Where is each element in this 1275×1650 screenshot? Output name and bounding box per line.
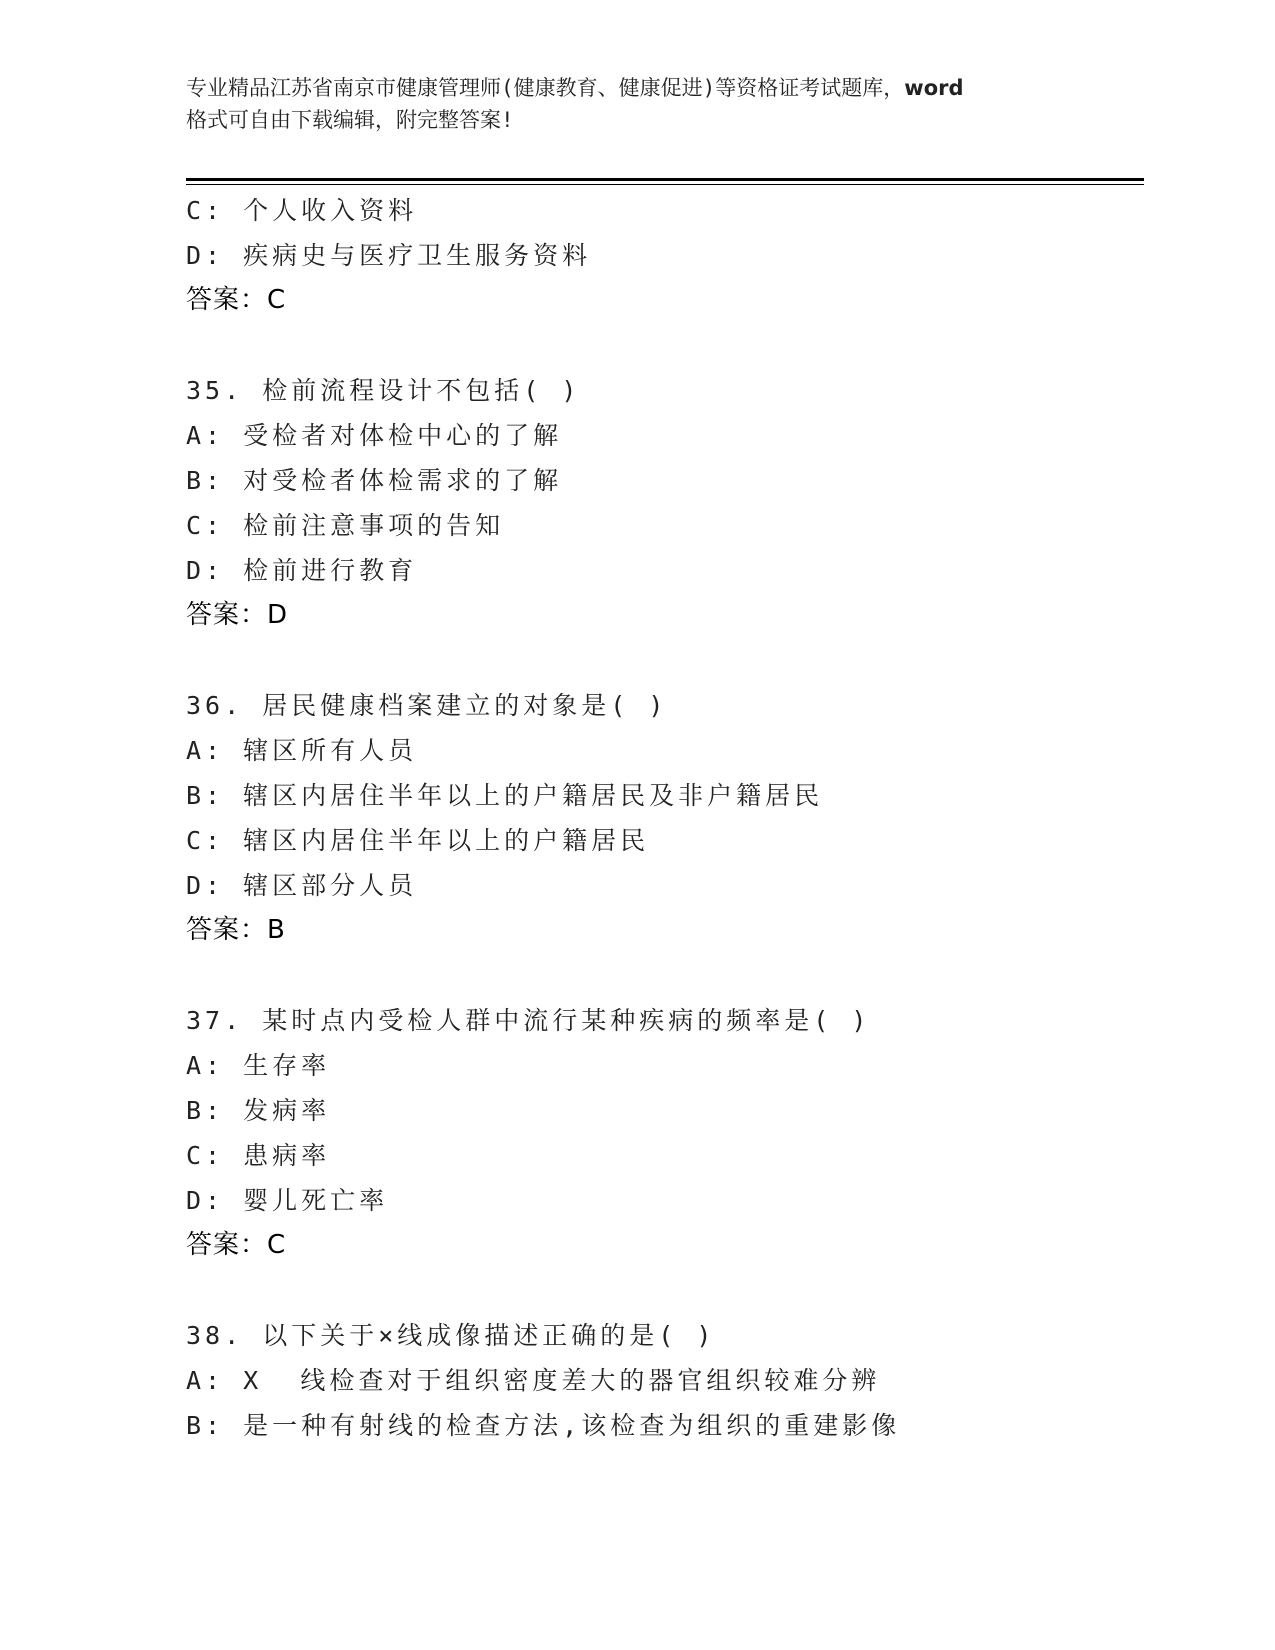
option-a: A: 受检者对体检中心的了解: [186, 413, 1146, 458]
question-stem: 37. 某时点内受检人群中流行某种疾病的频率是( ): [186, 998, 1146, 1043]
spacer: [186, 323, 1146, 368]
header-line-1: 专业精品江苏省南京市健康管理师(健康教育、健康促进)等资格证考试题库，word: [186, 72, 1086, 104]
option-d: D: 检前进行教育: [186, 548, 1146, 593]
option-b: B: 辖区内居住半年以上的户籍居民及非户籍居民: [186, 773, 1146, 818]
option-a: A: 辖区所有人员: [186, 728, 1146, 773]
spacer: [186, 1268, 1146, 1313]
spacer: [186, 953, 1146, 998]
option-c: C: 辖区内居住半年以上的户籍居民: [186, 818, 1146, 863]
option-b: B: 是一种有射线的检查方法,该检查为组织的重建影像: [186, 1403, 1146, 1448]
option-b: B: 对受检者体检需求的了解: [186, 458, 1146, 503]
answer-line: 答案：D: [186, 593, 1146, 638]
question-list: C: 个人收入资料 D: 疾病史与医疗卫生服务资料 答案：C 35. 检前流程设…: [186, 188, 1146, 1448]
spacer: [186, 638, 1146, 683]
answer-line: 答案：C: [186, 278, 1146, 323]
header-line-2: 格式可自由下载编辑，附完整答案!: [186, 104, 1086, 136]
question-stem: 38. 以下关于×线成像描述正确的是( ): [186, 1313, 1146, 1358]
document-header: 专业精品江苏省南京市健康管理师(健康教育、健康促进)等资格证考试题库，word …: [186, 72, 1086, 136]
option-d: D: 疾病史与医疗卫生服务资料: [186, 233, 1146, 278]
header-title-text: 专业精品江苏省南京市健康管理师(健康教育、健康促进)等资格证考试题库，: [186, 76, 904, 100]
option-d: D: 婴儿死亡率: [186, 1178, 1146, 1223]
header-word-label: word: [904, 76, 963, 100]
header-divider: [186, 178, 1144, 185]
option-d: D: 辖区部分人员: [186, 863, 1146, 908]
question-stem: 36. 居民健康档案建立的对象是( ): [186, 683, 1146, 728]
option-c: C: 患病率: [186, 1133, 1146, 1178]
option-a: A: X 线检查对于组织密度差大的器官组织较难分辨: [186, 1358, 1146, 1403]
option-b: B: 发病率: [186, 1088, 1146, 1133]
option-c: C: 个人收入资料: [186, 188, 1146, 233]
answer-line: 答案：C: [186, 1223, 1146, 1268]
answer-line: 答案：B: [186, 908, 1146, 953]
option-c: C: 检前注意事项的告知: [186, 503, 1146, 548]
option-a: A: 生存率: [186, 1043, 1146, 1088]
question-stem: 35. 检前流程设计不包括( ): [186, 368, 1146, 413]
